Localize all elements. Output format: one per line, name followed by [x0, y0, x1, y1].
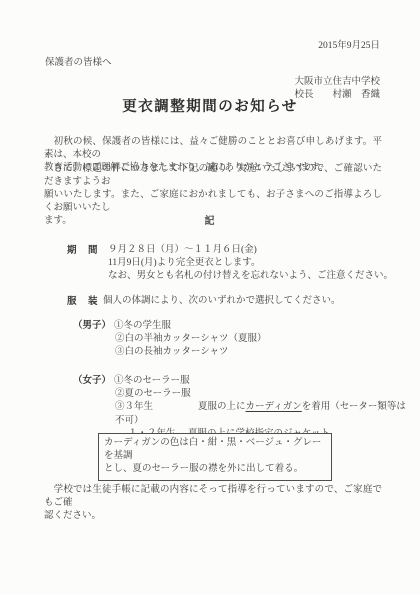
period-label: 期 間 — [67, 244, 99, 257]
paragraph-line: 学校では生徒手帳に記載の内容にそって指導を行っていますので、ご家庭でもご確 — [44, 484, 382, 510]
period-section: 期 間 ９月２８日（月）～１１月６日(金) 11月9日(月)より完全更衣とします… — [0, 244, 420, 286]
paragraph-line: 願いいたします。また、ご家庭におかれましても、お子さまへのご指導よろしくお願いい… — [44, 189, 382, 215]
cardigan-note-box: カーディガンの色は白・紺・黒・ベージュ・グレーを基調 とし、夏のセーラー服の襟を… — [98, 433, 332, 481]
cardigan-underline: カーディガン — [246, 402, 302, 412]
boys-item: ①冬の学生服 — [114, 321, 171, 331]
period-line: ９月２８日（月）～１１月６日(金) — [108, 244, 398, 257]
note-line: とし、夏のセーラー服の襟を外に出して着る。 — [104, 463, 326, 476]
school-name: 大阪市立住吉中学校 — [44, 76, 380, 89]
closing-paragraph: 学校では生徒手帳に記載の内容にそって指導を行っていますので、ご家庭でもご確 認く… — [44, 484, 382, 523]
boys-item: ②白の半袖カッターシャツ（夏服） — [115, 333, 413, 346]
girls-item3-text: 夏服の上に — [198, 402, 246, 412]
girls-item: ②夏のセーラー服 — [115, 388, 413, 401]
recipient: 保護者の皆様へ — [45, 57, 112, 70]
notice-page: 2015年9月25日 保護者の皆様へ 大阪市立住吉中学校 校長 村瀬 香織 更衣… — [0, 0, 420, 594]
girls-item: ①冬のセーラー服 — [114, 376, 190, 386]
paragraph-line: 初秋の候、保護者の皆様には、益々ご健勝のこととお喜び申しあげます。平素は、本校の — [44, 136, 382, 162]
paragraph-line: 認ください。 — [44, 510, 382, 523]
issue-date: 2015年9月25日 — [44, 40, 380, 53]
period-line: 11月9日(月)より完全更衣とします。 — [108, 257, 398, 270]
girls-group: （女子）①冬のセーラー服 ②夏のセーラー服 ③３年生夏服の上にカーディガンを着用… — [73, 374, 413, 441]
notice-title: 更衣調整期間のお知らせ — [0, 101, 420, 114]
girls-item-grade3: ③３年生夏服の上にカーディガンを着用（セーター類等は不可） — [115, 401, 413, 427]
record-marker: 記 — [0, 215, 420, 228]
dress-intro: 個人の体調により、次のいずれかで選択してください。 — [103, 295, 341, 308]
boys-first-row: （男子）①冬の学生服 — [73, 319, 413, 333]
note-line: カーディガンの色は白・紺・黒・ベージュ・グレーを基調 — [104, 437, 326, 463]
dress-label: 服 装 — [67, 295, 99, 308]
period-content: ９月２８日（月）～１１月６日(金) 11月9日(月)より完全更衣とします。 なお… — [108, 244, 398, 284]
period-line: なお、男女とも名札の付け替えを忘れないよう、ご注意ください。 — [108, 270, 398, 283]
paragraph-line: さて、標題の件につきまして下記の通り、実施いたしますので、ご確認いただきますよう… — [44, 163, 382, 189]
dress-section: 服 装 個人の体調により、次のいずれかで選択してください。 — [0, 295, 420, 311]
boys-label: （男子） — [73, 320, 111, 331]
boys-group: （男子）①冬の学生服 ②白の半袖カッターシャツ（夏服） ③白の長袖カッターシャツ — [73, 319, 413, 360]
girls-first-row: （女子）①冬のセーラー服 — [73, 374, 413, 388]
girls-label: （女子） — [73, 375, 111, 386]
girls-item3-grade: ③３年生 — [115, 401, 198, 414]
boys-item: ③白の長袖カッターシャツ — [115, 346, 413, 359]
